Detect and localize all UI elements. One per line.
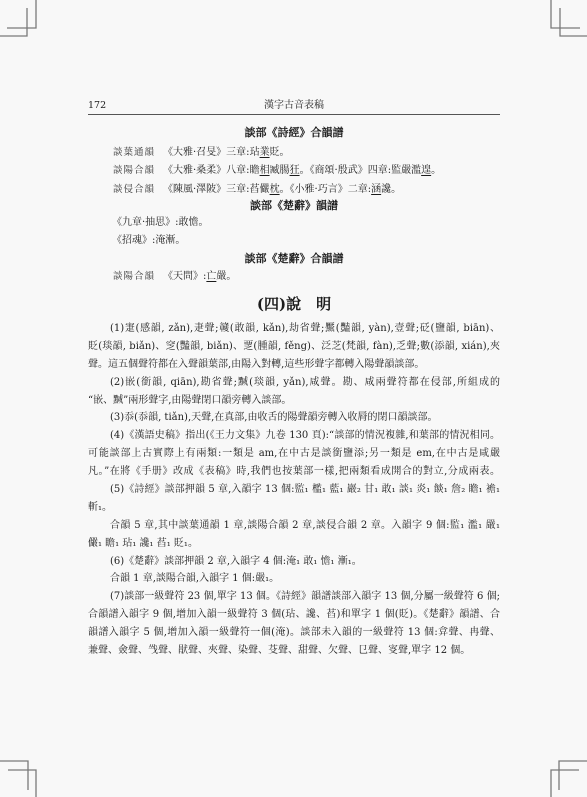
note-line: 合韻譜入韻字 9 個,增加入韻一級聲符 3 個(玷、讒、萏)和單字 1 個(貶)… [88,606,500,624]
rhyme-entry: 《招魂》:淹漸。 [112,232,185,250]
rhyme-row: 談侵合韻 《陳風·澤陂》三章:萏儼枕。《小雅·巧言》二章:涵讒。 [0,181,587,199]
note-line: (6)《楚辭》談部押韻 2 章,入韻字 4 個:淹₁ 敢₁ 憺₁ 漸₁。 [88,553,500,571]
section-title-chuci-heyun: 談部《楚辭》合韻譜 [88,251,500,267]
rhyme-word-marked: 遑 [421,165,431,176]
source-citation: 《小雅·巧言》二章: [290,184,372,195]
header-rule [88,114,500,115]
note-line: 斬₁。 [88,499,500,517]
rhyme-entry: 《陳風·澤陂》三章:萏儼枕。《小雅·巧言》二章:涵讒。 [163,181,401,199]
note-line: 聲。這五個聲符都在入聲韻葉部,由陽入對轉,這些形聲字都轉入陽聲韻談部。 [88,356,500,374]
source-citation: 《大雅·召旻》三章: [163,147,250,158]
rhyme-word-marked: 亡 [206,271,216,282]
source-citation: 《天問》: [163,271,206,282]
rhyme-type-label: 談葉通韻 [113,144,155,162]
rhyme-row: 《招魂》:淹漸。 [0,232,587,250]
note-line: 兼聲、僉聲、㦰聲、猒聲、夾聲、染聲、芟聲、甜聲、欠聲、㔾聲、叜聲,單字 12 個… [88,642,500,660]
section-title-shijing-heyun: 談部《詩經》合韻譜 [88,125,500,141]
rhyme-row: 談葉通韻 《大雅·召旻》三章:玷業貶。 [0,144,587,162]
note-line: 合韻 1 章,談陽合韻,入韻字 1 個:嚴₁。 [88,570,500,588]
rhyme-word: 嚴。 [216,271,236,282]
source-citation: 《陳風·澤陂》三章: [163,184,250,195]
note-line: (1)寁(感韻, zǎn),疌聲;竷(敢韻, kǎn),劫省聲;黶(豔韻, yà… [88,320,500,338]
note-line: 韻譜入韻字 5 個,增加入韻一級聲符一個(淹)。談部未入韻的一級聲符 13 個:… [88,624,500,642]
rhyme-word-marked: 涵 [371,184,381,195]
note-line: (4)《漢語史稿》指出(《王力文集》九卷 130 頁):“談部的情況複雜,和葉部… [88,427,500,445]
rhyme-word: 瞻 [250,165,260,176]
section-title-chuci-yunpu: 談部《楚辭》韻譜 [88,198,500,214]
book-page: 172 漢字古音表稿 談部《詩經》合韻譜 談葉通韻 《大雅·召旻》三章:玷業貶。… [0,0,587,797]
rhyme-word: 監嚴濫 [391,165,421,176]
rhyme-word: 。 [431,165,441,176]
rhyme-word: 萏儼 [250,184,270,195]
rhyme-entry: 《大雅·桑柔》八章:瞻相臧腸狂。《商頌·殷武》四章:監嚴濫遑。 [163,162,441,180]
note-line: 儼₁ 瞻₁ 玷₁ 讒₁ 萏₁ 貶₁。 [88,535,500,553]
rhyme-word: 臧腸 [270,165,290,176]
rhyme-row: 談陽合韻 《大雅·桑柔》八章:瞻相臧腸狂。《商頌·殷武》四章:監嚴濫遑。 [0,162,587,180]
rhyme-word: 。 [300,165,310,176]
note-line: (7)談部一級聲符 23 個,單字 13 個。《詩經》韻譜談部入韻字 13 個,… [88,588,500,606]
note-line: 貶(琰韻, biǎn)、窆(豔韻, biǎn)、覂(腫韻, fěng)、泛芝(梵… [88,338,500,356]
rhyme-row: 談陽合韻 《天問》:亡嚴。 [0,268,587,286]
note-line: (5)《詩經》談部押韻 5 章,入韻字 13 個:監₁ 檻₁ 藍₁ 巖₂ 甘₁ … [88,481,500,499]
rhyme-word: 。 [280,184,290,195]
running-title: 漢字古音表稿 [88,99,500,113]
rhyme-type-label: 談陽合韻 [113,268,155,286]
rhyme-entry: 《大雅·召旻》三章:玷業貶。 [163,144,290,162]
source-citation: 《大雅·桑柔》八章: [163,165,250,176]
note-line: (3)忝(忝韻, tiǎn),天聲,在真部,由收舌的陽聲韻旁轉入收脣的閉口韻談部… [88,409,500,427]
rhyme-word-marked: 業 [260,147,270,158]
rhyme-word-marked: 枕 [270,184,280,195]
rhyme-entry: 《九章·抽思》:敢憺。 [112,214,209,232]
note-line: 合韻 5 章,其中談葉通韻 1 章,談陽合韻 2 章,談侵合韻 2 章。入韻字 … [88,517,500,535]
note-line: 凡。”在將《手册》改成《表稿》時,我們也按葉部一樣,把兩類看成開合的對立,分成兩… [88,463,500,481]
note-line: “嵌、黬”兩形聲字,由陽聲閉口韻旁轉入談部。 [88,392,500,410]
note-line: (2)嵌(銜韻, qiān),勘省聲;黬(琰韻, yǎn),咸聲。勘、咸兩聲符都… [88,374,500,392]
rhyme-word: 讒。 [381,184,401,195]
rhyme-row: 《九章·抽思》:敢憺。 [0,214,587,232]
notes-body: (1)寁(感韻, zǎn),疌聲;竷(敢韻, kǎn),劫省聲;黶(豔韻, yà… [88,320,500,660]
rhyme-entry: 《天問》:亡嚴。 [163,268,236,286]
source-citation: 《商頌·殷武》四章: [310,165,392,176]
note-line: 可能談部上古實際上有兩類:一類是 am,在中古是談銜鹽添;另一類是 em,在中古… [88,445,500,463]
notes-heading: (四)說 明 [88,294,500,314]
rhyme-word-marked: 狂 [290,165,300,176]
rhyme-word: 貶。 [270,147,290,158]
rhyme-type-label: 談侵合韻 [113,181,155,199]
rhyme-type-label: 談陽合韻 [113,162,155,180]
rhyme-word-marked: 相 [260,165,270,176]
rhyme-word: 玷 [250,147,260,158]
